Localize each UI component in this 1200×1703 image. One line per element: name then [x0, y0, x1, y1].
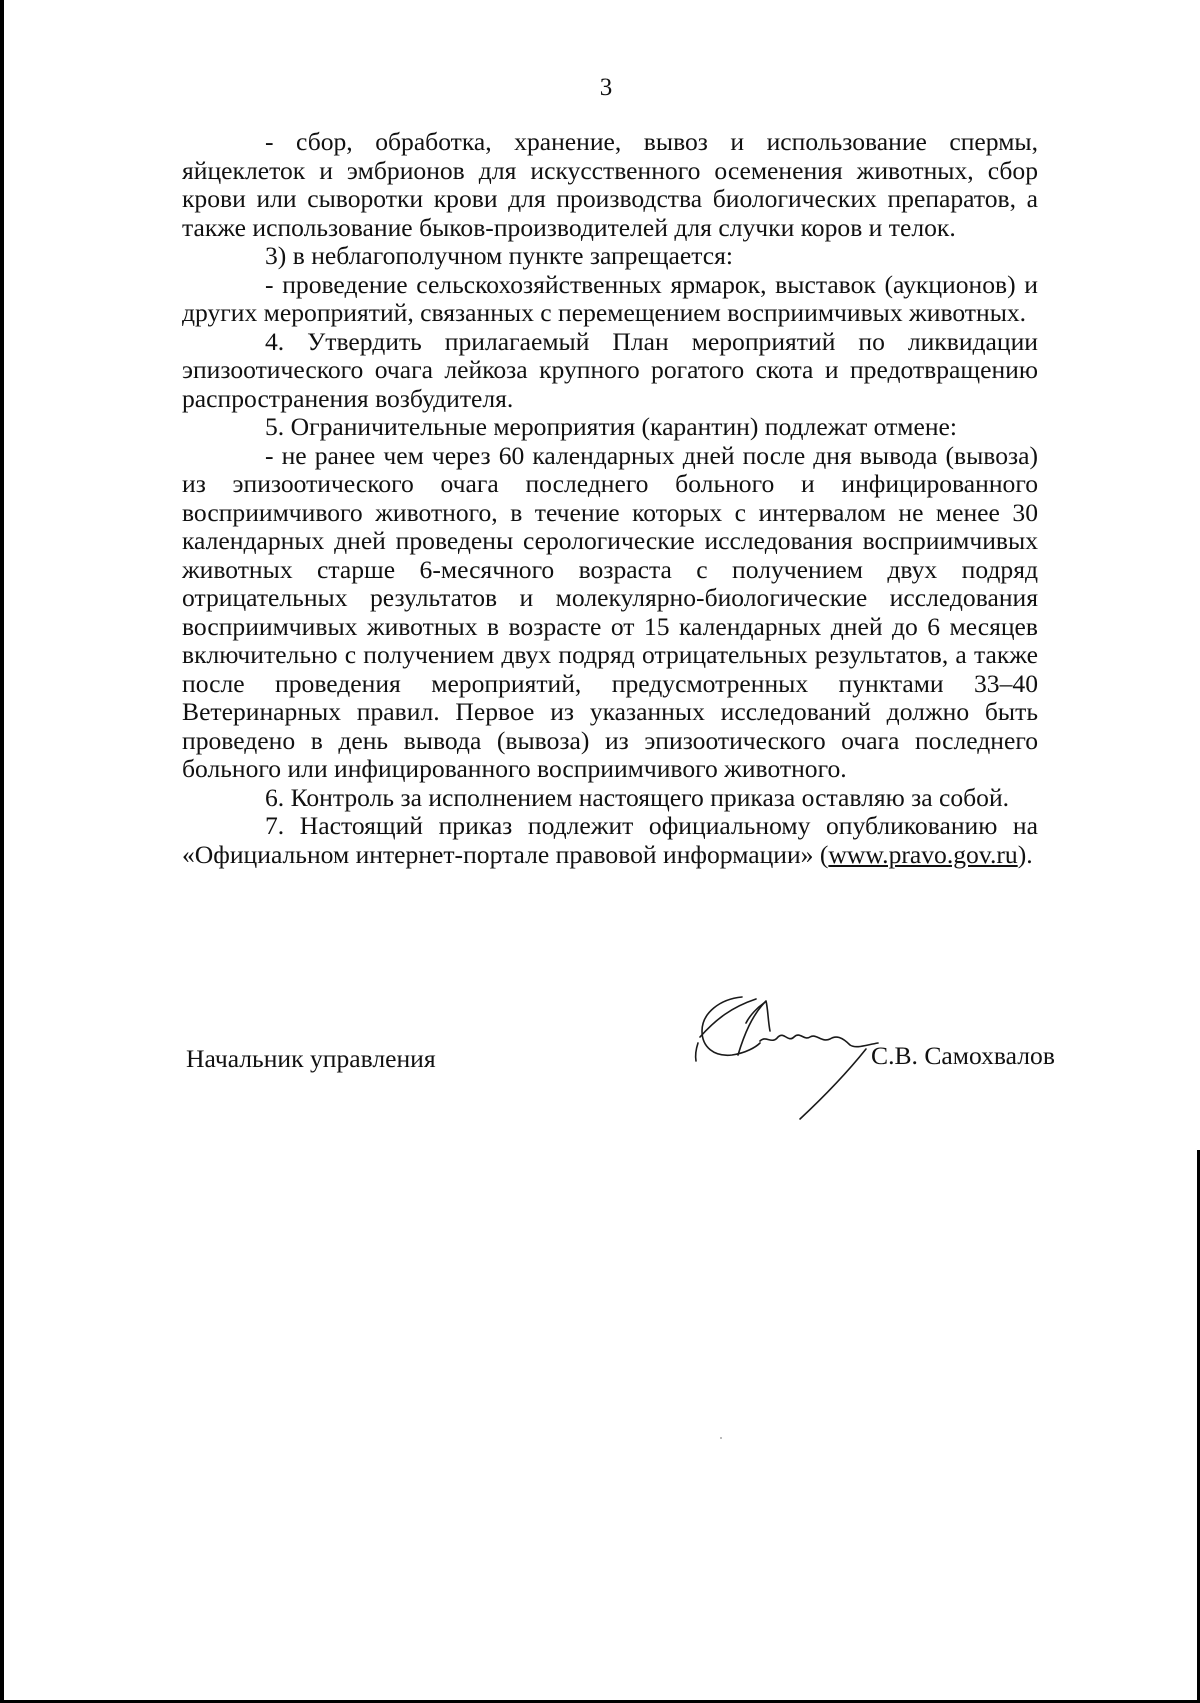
- paragraph-item-7-publication: 7. Настоящий приказ подлежит официальном…: [182, 812, 1038, 869]
- paragraph-ban-fairs: - проведение сельскохозяйственных ярмаро…: [182, 271, 1038, 328]
- paragraph-ban-semen-collection: - сбор, обработка, хранение, вывоз и исп…: [182, 128, 1038, 242]
- paragraph-item-5-heading: 5. Ограничительные мероприятия (карантин…: [182, 413, 1038, 442]
- paragraph-item-6-control: 6. Контроль за исполнением настоящего пр…: [182, 784, 1038, 813]
- publication-text-after-link: ).: [1018, 840, 1033, 869]
- scan-edge-left: [0, 0, 4, 1703]
- signer-name: С.В. Самохвалов: [871, 1041, 1055, 1071]
- document-body: - сбор, обработка, хранение, вывоз и исп…: [182, 128, 1038, 869]
- scan-speck: [720, 1437, 722, 1439]
- handwritten-signature-icon: [680, 985, 900, 1125]
- page-number: 3: [0, 74, 1200, 102]
- paragraph-item-3-heading: 3) в неблагополучном пункте запрещается:: [182, 242, 1038, 271]
- paragraph-item-4-approve-plan: 4. Утвердить прилагаемый План мероприяти…: [182, 328, 1038, 414]
- signer-position: Начальник управления: [186, 1044, 436, 1074]
- pravo-gov-link[interactable]: www.pravo.gov.ru: [828, 840, 1017, 869]
- paragraph-quarantine-lifting-conditions: - не ранее чем через 60 календарных дней…: [182, 442, 1038, 784]
